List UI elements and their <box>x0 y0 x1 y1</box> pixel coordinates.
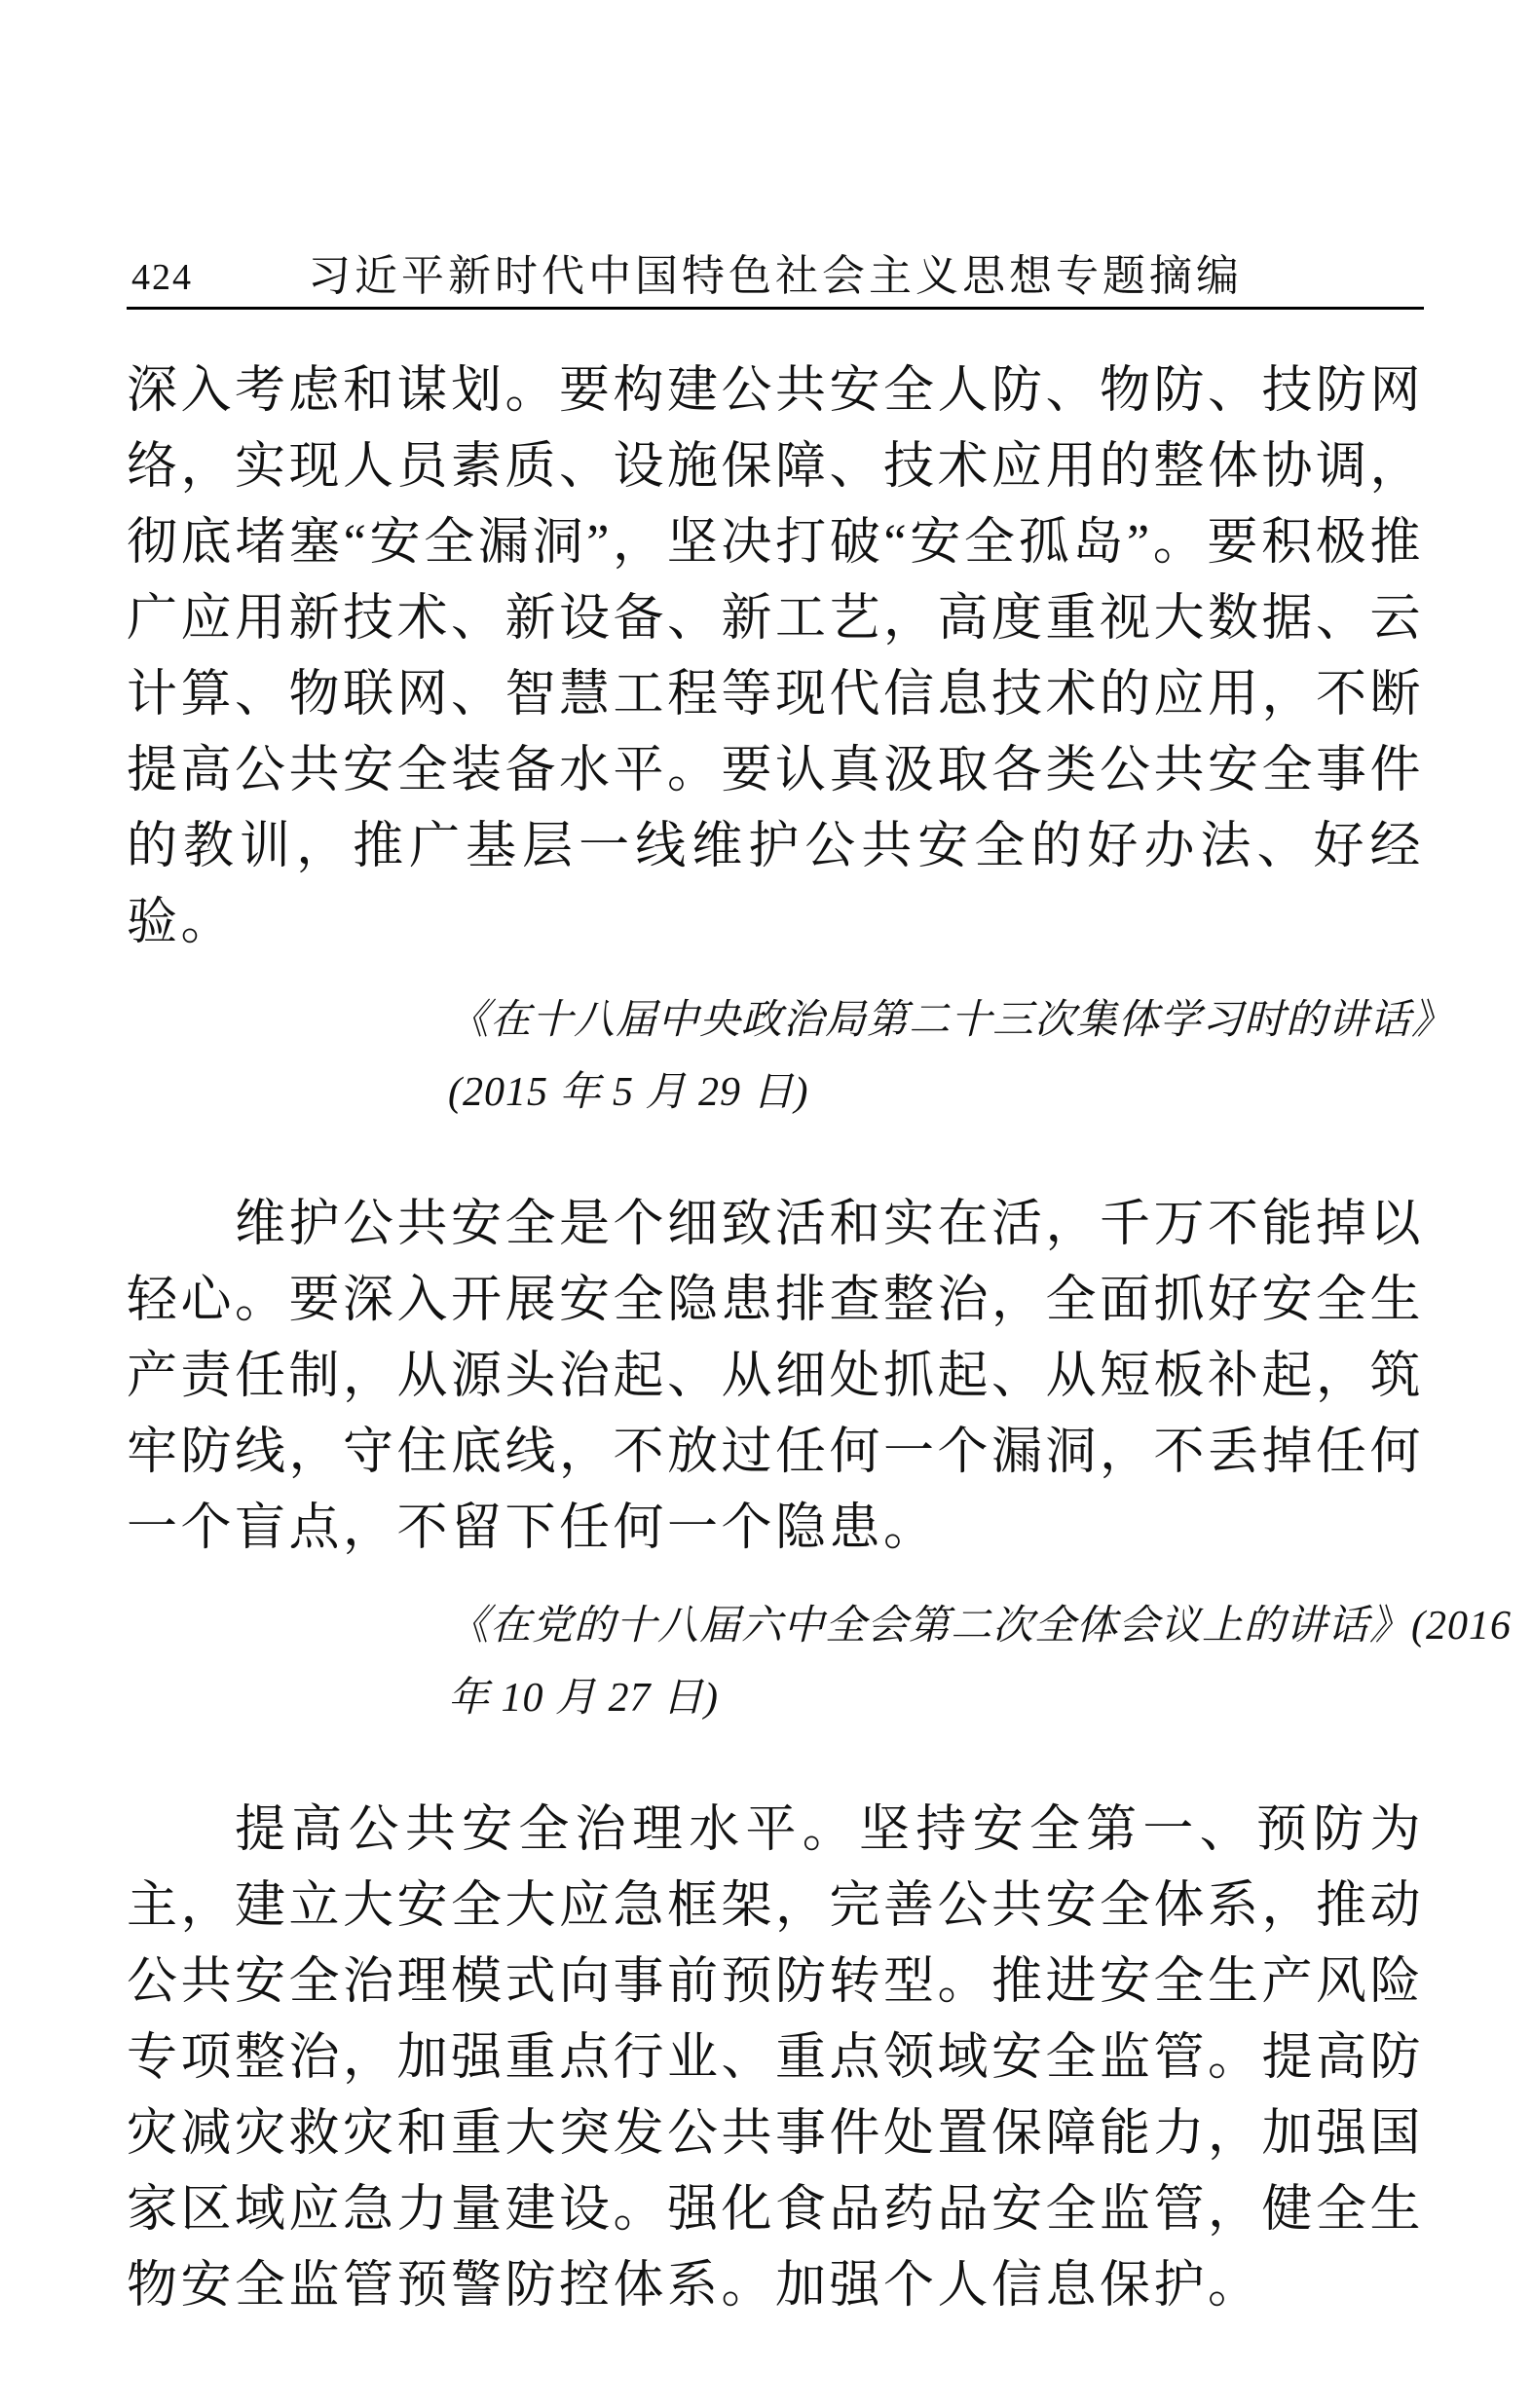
book-page: 424 习近平新时代中国特色社会主义思想专题摘编 深入考虑和谋划。要构建公共安全… <box>0 0 1532 2408</box>
citation-1: 《在十八届中央政治局第二十三次集体学习时的讲话》 (2015 年 5 月 29 … <box>448 984 1424 1129</box>
citation-1-source: 《在十八届中央政治局第二十三次集体学习时的讲话》 <box>448 984 1424 1056</box>
paragraph-3: 提高公共安全治理水平。坚持安全第一、预防为主，建立大安全大应急框架，完善公共安全… <box>127 1793 1424 2324</box>
page-header: 424 习近平新时代中国特色社会主义思想专题摘编 <box>127 248 1424 305</box>
paragraph-1: 深入考虑和谋划。要构建公共安全人防、物防、技防网络，实现人员素质、设施保障、技术… <box>127 353 1424 961</box>
citation-2: 《在党的十八届六中全会第二次全体会议上的讲话》(2016 年 10 月 27 日… <box>448 1590 1424 1734</box>
citation-1-date: (2015 年 5 月 29 日) <box>448 1056 1424 1129</box>
header-title: 习近平新时代中国特色社会主义思想专题摘编 <box>127 248 1424 305</box>
page-body: 深入考虑和谋划。要构建公共安全人防、物防、技防网络，实现人员素质、设施保障、技术… <box>127 310 1424 2324</box>
citation-2-date: 年 10 月 27 日) <box>448 1662 1424 1734</box>
paragraph-2: 维护公共安全是个细致活和实在活，千万不能掉以轻心。要深入开展安全隐患排查整治，全… <box>127 1187 1424 1567</box>
page-number: 424 <box>131 256 193 299</box>
citation-2-source: 《在党的十八届六中全会第二次全体会议上的讲话》(2016 <box>448 1590 1424 1662</box>
